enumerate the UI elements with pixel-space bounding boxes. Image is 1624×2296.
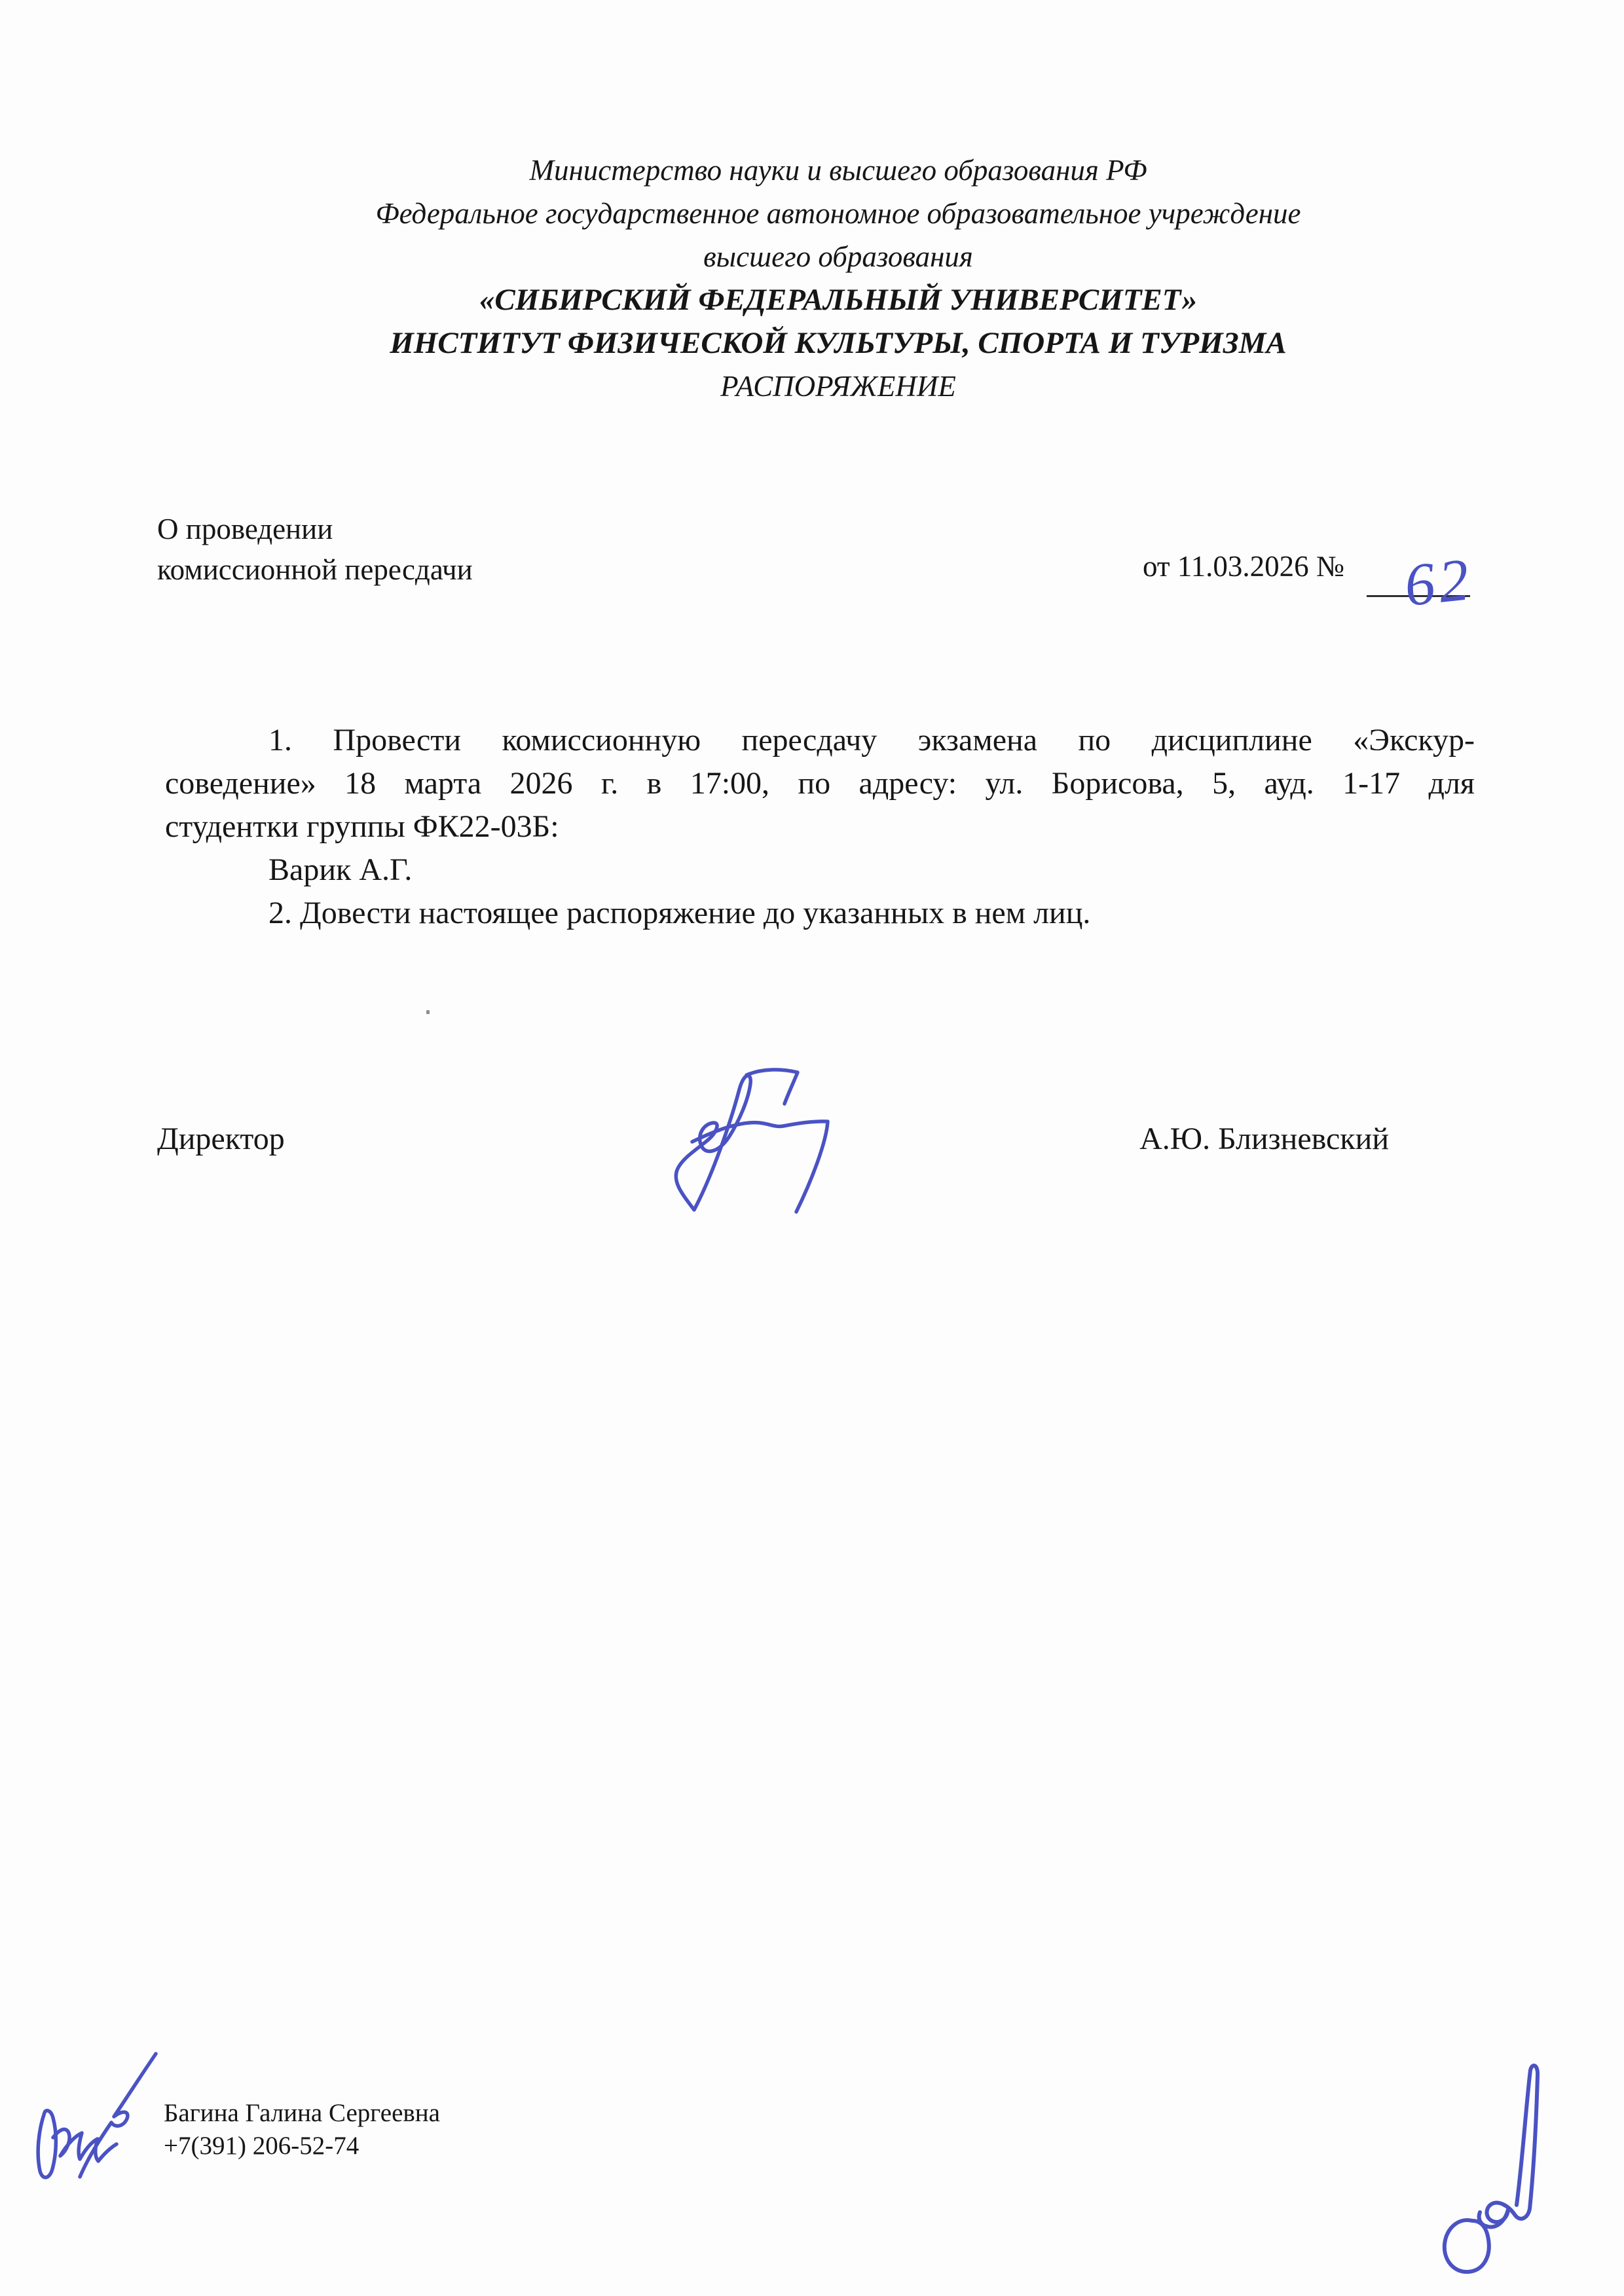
executor-contact-block: Багина Галина Сергеевна +7(391) 206-52-7… — [164, 2097, 440, 2162]
signature-stroke — [747, 1070, 798, 1104]
signature-stroke — [676, 1076, 750, 1210]
institution-line-1: Федеральное государственное автономное о… — [164, 192, 1513, 235]
item1-line-3: студентки группы ФК22-03Б: — [165, 805, 1475, 848]
student-name-line: Варик А.Г. — [165, 848, 1475, 892]
ministry-line: Министерство науки и высшего образования… — [164, 149, 1513, 192]
executor-signature-ink — [25, 2046, 172, 2196]
signature-stroke — [53, 2129, 117, 2161]
executor-name: Багина Галина Сергеевна — [164, 2097, 440, 2130]
director-signature-ink — [663, 1062, 840, 1219]
subject-line-2: комиссионной пересдачи — [157, 549, 473, 590]
signature-stroke — [1479, 2203, 1515, 2227]
document-page: Министерство науки и высшего образования… — [0, 0, 1624, 2296]
handwritten-doc-number: 62 — [1401, 549, 1475, 615]
document-type-title: РАСПОРЯЖЕНИЕ — [164, 365, 1513, 408]
signature-stroke — [38, 2111, 56, 2178]
signer-name: А.Ю. Близневский — [1139, 1120, 1389, 1159]
order-body: 1. Провести комиссионную пересдачу экзам… — [165, 719, 1475, 935]
institute-name: ИНСТИТУТ ФИЗИЧЕСКОЙ КУЛЬТУРЫ, СПОРТА И Т… — [164, 321, 1513, 365]
secondary-signature-ink — [1434, 2062, 1552, 2291]
scan-speck-artifact — [426, 1010, 430, 1014]
item1-line-2: соведение» 18 марта 2026 г. в 17:00, по … — [165, 762, 1475, 805]
executor-phone: +7(391) 206-52-74 — [164, 2130, 440, 2162]
document-header: Министерство науки и высшего образования… — [164, 149, 1513, 408]
item2-line: 2. Довести настоящее распоряжение до ука… — [165, 892, 1475, 935]
university-name: «СИБИРСКИЙ ФЕДЕРАЛЬНЫЙ УНИВЕРСИТЕТ» — [164, 278, 1513, 321]
signature-stroke — [1445, 2220, 1489, 2272]
date-number-block: от 11.03.2026 № 62 — [1143, 549, 1344, 583]
subject-block: О проведении комиссионной пересдачи — [157, 509, 473, 590]
date-prefix: от 11.03.2026 № — [1143, 550, 1344, 583]
item1-line-1: 1. Провести комиссионную пересдачу экзам… — [165, 719, 1475, 762]
subject-line-1: О проведении — [157, 509, 473, 549]
signature-stroke — [80, 2054, 156, 2177]
signature-stroke — [1515, 2066, 1538, 2219]
institution-line-2: высшего образования — [164, 235, 1513, 278]
signer-position-label: Директор — [157, 1120, 285, 1159]
